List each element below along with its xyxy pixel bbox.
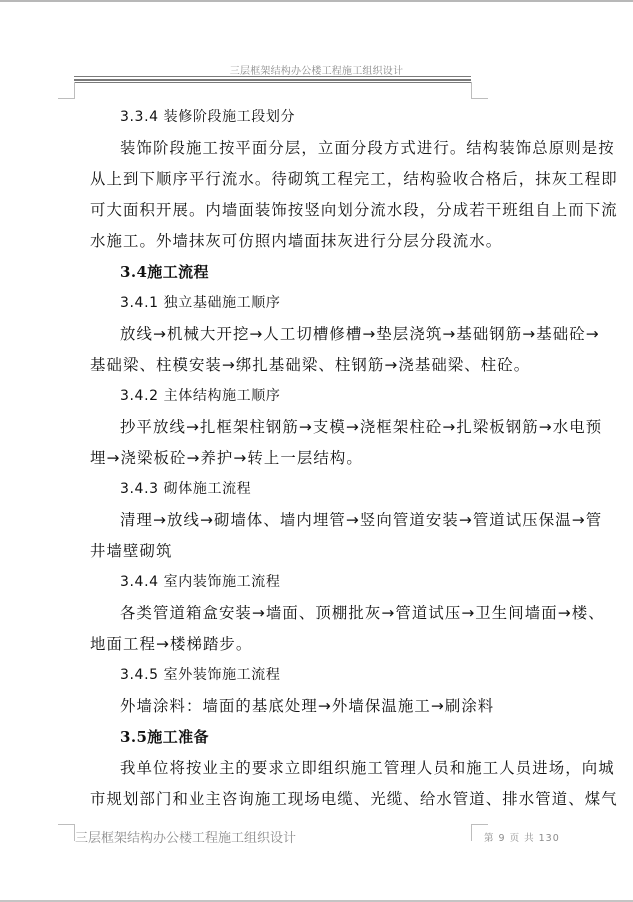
subheading-3-4-3: 3.4.3 砌体施工流程 (90, 474, 574, 505)
paragraph-line: 抄平放线→扎框架柱钢筋→支模→浇框架柱砼→扎梁板钢筋→水电预 (90, 412, 574, 443)
paragraph-line: 地面工程→楼梯踏步。 (90, 629, 574, 660)
subheading-3-4-4: 3.4.4 室内装饰施工流程 (90, 567, 574, 598)
paragraph-line: 水施工。外墙抹灰可仿照内墙面抹灰进行分层分段流水。 (90, 226, 574, 257)
header-rule (74, 82, 471, 83)
paragraph-line: 我单位将按业主的要求立即组织施工管理人员和施工人员进场，向城 (90, 753, 574, 784)
header-rule (74, 76, 471, 77)
paragraph-line: 清理→放线→砌墙体、墙内埋管→竖向管道安装→管道试压保温→管 (90, 505, 574, 536)
page-number: 第 9 页 共 130 (484, 830, 560, 844)
section-heading-3-4: 3.4施工流程 (90, 257, 574, 288)
paragraph-line: 基础梁、柱模安装→绑扎基础梁、柱钢筋→浇基础梁、柱砼。 (90, 350, 574, 381)
subheading-3-4-1: 3.4.1 独立基础施工顺序 (90, 288, 574, 319)
page-body: 3.3.4 装修阶段施工段划分 装饰阶段施工按平面分层，立面分段方式进行。结构装… (90, 102, 574, 815)
subheading-3-4-2: 3.4.2 主体结构施工顺序 (90, 381, 574, 412)
paragraph-line: 外墙涂料：墙面的基底处理→外墙保温施工→刷涂料 (90, 691, 574, 722)
paragraph-line: 从上到下顺序平行流水。待砌筑工程完工，结构验收合格后，抹灰工程即 (90, 164, 574, 195)
paragraph-line: 埋→浇梁板砼→养护→转上一层结构。 (90, 443, 574, 474)
margin-corner-top-right (471, 82, 488, 99)
paragraph-line: 放线→机械大开挖→人工切槽修槽→垫层浇筑→基础钢筋→基础砼→ (90, 319, 574, 350)
page-footer-title: 三层框架结构办公楼工程施工组织设计 (75, 827, 296, 846)
margin-corner-bottom-left (58, 824, 75, 841)
section-heading-3-5: 3.5施工准备 (90, 722, 574, 753)
paragraph-line: 市规划部门和业主咨询施工现场电缆、光缆、给水管道、排水管道、煤气 (90, 784, 574, 815)
page-top-edge (0, 0, 633, 2)
paragraph-line: 可大面积开展。内墙面装饰按竖向划分流水段，分成若干班组自上而下流 (90, 195, 574, 226)
paragraph-line: 装饰阶段施工按平面分层，立面分段方式进行。结构装饰总原则是按 (90, 133, 574, 164)
paragraph-line: 井墙壁砌筑 (90, 536, 574, 567)
paragraph-line: 各类管道箱盒安装→墙面、顶棚批灰→管道试压→卫生间墙面→楼、 (90, 598, 574, 629)
header-rule (74, 79, 471, 81)
subheading-3-3-4: 3.3.4 装修阶段施工段划分 (90, 102, 574, 133)
subheading-3-4-5: 3.4.5 室外装饰施工流程 (90, 660, 574, 691)
page-header-title: 三层框架结构办公楼工程施工组织设计 (0, 62, 633, 77)
margin-corner-top-left (58, 82, 75, 99)
